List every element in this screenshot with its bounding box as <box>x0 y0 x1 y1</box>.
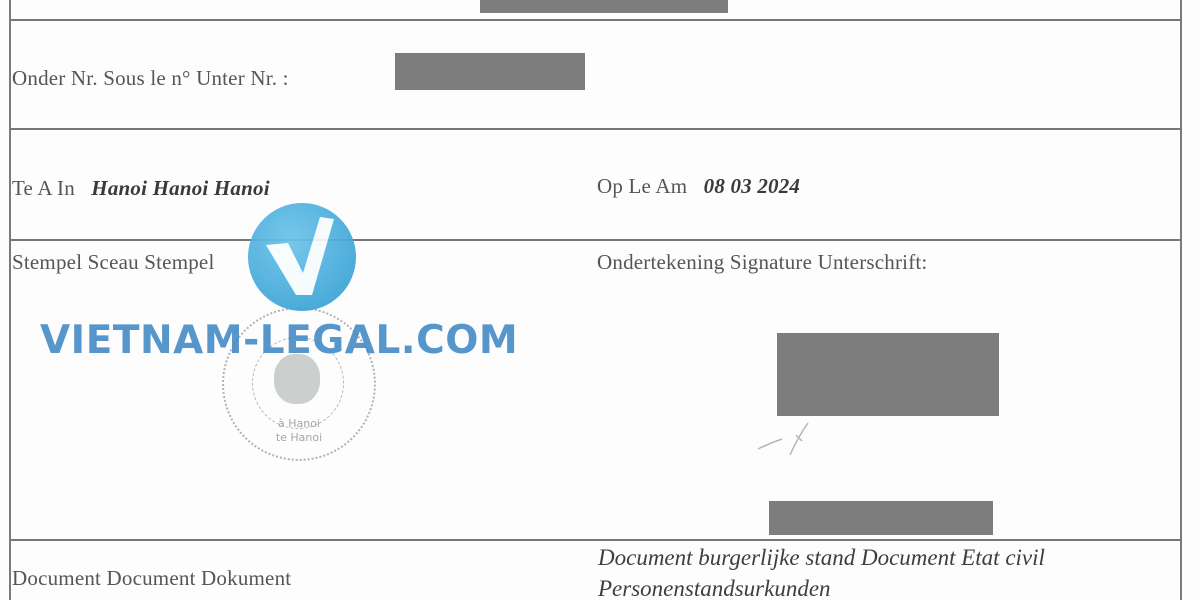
date-value: 08 03 2024 <box>704 174 801 198</box>
redacted-order-number <box>395 53 585 90</box>
watermark-text: VIETNAM-LEGAL.COM <box>40 318 518 363</box>
stamp-city-line2: te Hanoi <box>224 431 374 444</box>
place-label: Te A In <box>12 176 75 200</box>
date-label: Op Le Am <box>597 174 687 198</box>
place-row: Te A In Hanoi Hanoi Hanoi <box>12 176 270 201</box>
document-value: Document burgerlijke stand Document Etat… <box>598 542 1158 600</box>
document-label: Document Document Dokument <box>12 566 291 591</box>
redacted-signature-name <box>777 333 999 416</box>
row-divider <box>10 128 1182 130</box>
redacted-block <box>480 0 728 13</box>
signature-scribble <box>756 417 846 457</box>
row-divider <box>10 539 1182 541</box>
order-number-label: Onder Nr. Sous le n° Unter Nr. : <box>12 66 289 91</box>
row-divider <box>10 239 1182 241</box>
stamp-label: Stempel Sceau Stempel <box>12 250 215 275</box>
watermark-logo-icon <box>248 203 356 311</box>
stamp-city-line1: à Hanoi <box>224 417 374 430</box>
date-row: Op Le Am 08 03 2024 <box>597 174 800 199</box>
table-border-left <box>9 0 11 600</box>
row-divider <box>10 19 1182 21</box>
signature-label: Ondertekening Signature Unterschrift: <box>597 250 927 275</box>
place-value: Hanoi Hanoi Hanoi <box>91 176 269 200</box>
table-border-right <box>1180 0 1182 600</box>
redacted-signer-title <box>769 501 993 535</box>
